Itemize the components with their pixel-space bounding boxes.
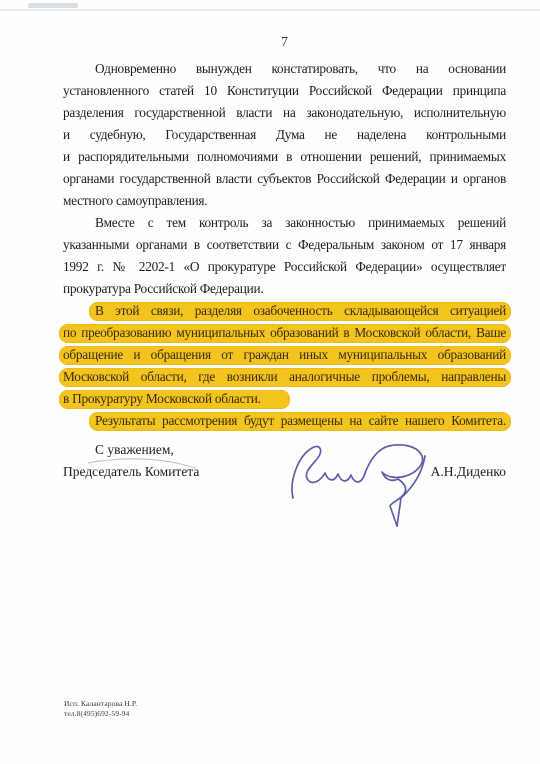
executor-phone: тел.8(495)692-59-94 <box>64 709 137 719</box>
page-number: 7 <box>63 34 506 50</box>
signer-name: А.Н.Диденко <box>431 464 506 480</box>
highlighted-text-line: Московской области, где возникли аналоги… <box>63 366 506 388</box>
highlighted-text-line: в Прокуратуру Московской области. <box>63 388 506 410</box>
text-line: разделения государственной власти на зак… <box>63 102 506 124</box>
letter-text-column: Одновременно вынужден констатировать, чт… <box>63 58 506 432</box>
faint-pen-stroke-icon <box>85 454 200 472</box>
text-line: органами государственной власти субъекто… <box>63 168 506 190</box>
text-line: установленного статей 10 Конституции Рос… <box>63 80 506 102</box>
highlighted-text-line: по преобразованию муниципальных образова… <box>63 322 506 344</box>
text-line: Одновременно вынужден констатировать, чт… <box>63 58 506 80</box>
highlighted-text-line: Результаты рассмотрения будут размещены … <box>63 410 506 432</box>
scan-artifact <box>28 3 78 8</box>
text-line: Вместе с тем контроль за законностью при… <box>63 212 506 234</box>
footer-executor-block: Исп. Калантарова Н.Р. тел.8(495)692-59-9… <box>64 699 137 718</box>
text-line: местного самоуправления. <box>63 190 506 212</box>
executor-name: Исп. Калантарова Н.Р. <box>64 699 137 709</box>
text-line: 1992 г. № 2202-1 «О прокуратуре Российск… <box>63 256 506 278</box>
text-line: прокуратура Российской Федерации. <box>63 278 506 300</box>
highlighted-text-line: В этой связи, разделяя озабоченность скл… <box>63 300 506 322</box>
text-line: указанными органами в соответствии с Фед… <box>63 234 506 256</box>
text-line: и распорядительными полномочиями в отнош… <box>63 146 506 168</box>
scanned-letter-page: 7 Одновременно вынужден констатировать, … <box>0 0 540 764</box>
scan-artifact <box>0 9 540 11</box>
signature-icon <box>286 436 438 532</box>
text-line: и судебную, Государственная Дума не наде… <box>63 124 506 146</box>
highlighted-text-line: обращение и обращения от граждан иных му… <box>63 344 506 366</box>
